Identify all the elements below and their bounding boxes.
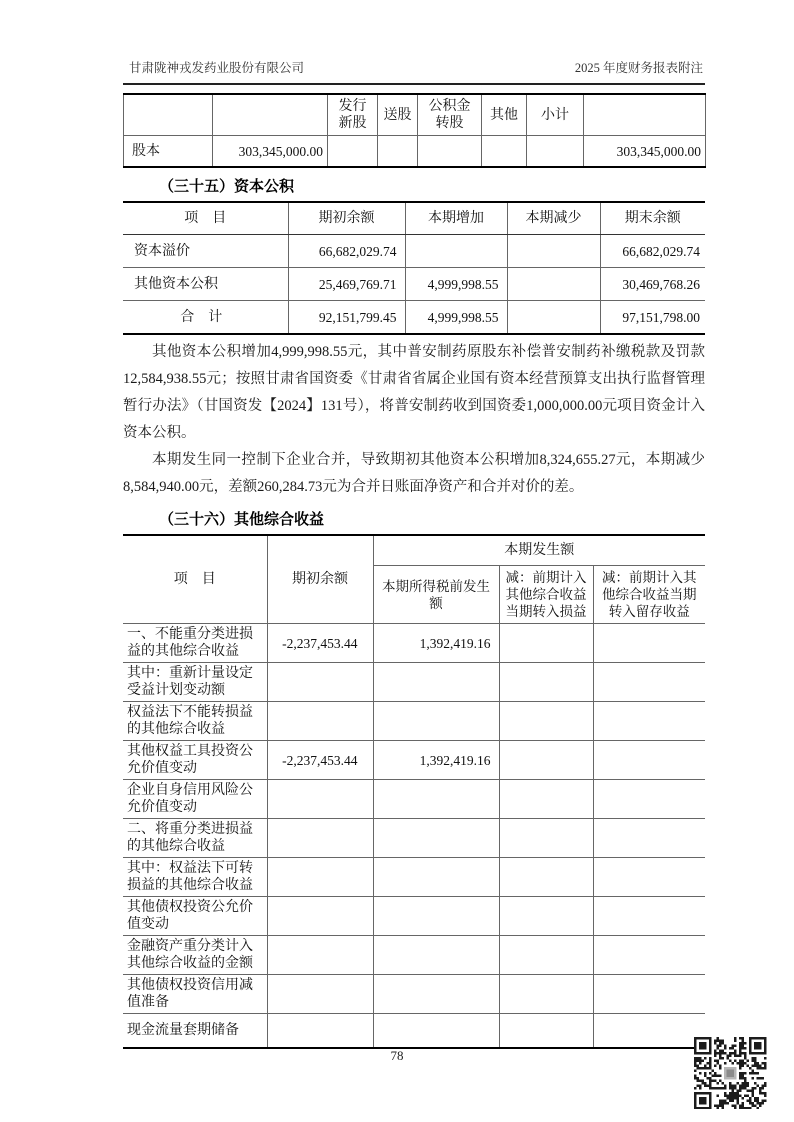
table-cell — [328, 136, 378, 168]
column-header: 本期减少 — [507, 202, 600, 235]
column-header: 期初余额 — [288, 202, 405, 235]
table-cell: 其中：权益法下可转损益的其他综合收益 — [123, 858, 267, 897]
column-header: 公积金转股 — [418, 94, 482, 136]
table-cell — [499, 741, 593, 780]
table-cell: -2,237,453.44 — [267, 741, 373, 780]
table-cell: 金融资产重分类计入其他综合收益的金额 — [123, 936, 267, 975]
column-header: 本期增加 — [405, 202, 507, 235]
table-cell — [593, 1014, 705, 1049]
table-cell — [267, 975, 373, 1014]
table-cell — [507, 301, 600, 335]
table-row: 企业自身信用风险公允价值变动 — [123, 780, 705, 819]
capital-reserve-table: 项 目期初余额本期增加本期减少期末余额 资本溢价66,682,029.7466,… — [123, 201, 705, 335]
table-cell — [593, 702, 705, 741]
table-cell: -2,237,453.44 — [267, 624, 373, 663]
table-cell: 企业自身信用风险公允价值变动 — [123, 780, 267, 819]
column-header: 减：前期计入其他综合收益当期转入留存收益 — [593, 566, 705, 624]
table-cell — [267, 663, 373, 702]
table-row: 其他债权投资公允价值变动 — [123, 897, 705, 936]
table-cell — [499, 936, 593, 975]
table-cell: 其他债权投资信用减值准备 — [123, 975, 267, 1014]
table-row: 资本溢价66,682,029.7466,682,029.74 — [123, 235, 705, 268]
table-cell — [373, 936, 499, 975]
table-cell: 4,999,998.55 — [405, 301, 507, 335]
table-cell — [267, 780, 373, 819]
table-cell: 其他资本公积 — [123, 268, 288, 301]
table-cell — [499, 780, 593, 819]
table-cell — [373, 1014, 499, 1049]
company-name: 甘肃陇神戎发药业股份有限公司 — [129, 58, 304, 76]
qr-code — [694, 1034, 767, 1112]
column-header: 送股 — [378, 94, 418, 136]
table-cell — [373, 897, 499, 936]
table-cell — [499, 819, 593, 858]
table-cell: 66,682,029.74 — [600, 235, 705, 268]
column-header: 期初余额 — [267, 535, 373, 624]
table-cell: 其他债权投资公允价值变动 — [123, 897, 267, 936]
table-cell: 其他权益工具投资公允价值变动 — [123, 741, 267, 780]
table-cell: 303,345,000.00 — [213, 136, 328, 168]
table-row: 其中：权益法下可转损益的其他综合收益 — [123, 858, 705, 897]
table-row: 一、不能重分类进损益的其他综合收益-2,237,453.441,392,419.… — [123, 624, 705, 663]
table-cell — [267, 819, 373, 858]
table-cell: 资本溢价 — [123, 235, 288, 268]
table-cell — [593, 780, 705, 819]
oci-table-head: 项 目 期初余额 本期发生额 本期所得税前发生额减：前期计入其他综合收益当期转入… — [123, 535, 705, 624]
table-cell — [267, 1014, 373, 1049]
table-cell — [499, 858, 593, 897]
table-row: 其他权益工具投资公允价值变动-2,237,453.441,392,419.16 — [123, 741, 705, 780]
table-cell — [267, 936, 373, 975]
capital-table-body: 资本溢价66,682,029.7466,682,029.74其他资本公积25,4… — [123, 235, 705, 335]
table-cell — [593, 624, 705, 663]
table-cell — [593, 936, 705, 975]
table-cell — [499, 897, 593, 936]
table-cell: 97,151,798.00 — [600, 301, 705, 335]
table-row: 其他债权投资信用减值准备 — [123, 975, 705, 1014]
page-content: 甘肃陇神戎发药业股份有限公司 2025 年度财务报表附注 发行新股送股公积金转股… — [0, 0, 794, 1049]
equity-table-body: 股本303,345,000.00303,345,000.00 — [124, 136, 706, 168]
column-header: 其他 — [482, 94, 527, 136]
table-row: 二、将重分类进损益的其他综合收益 — [123, 819, 705, 858]
table-row: 金融资产重分类计入其他综合收益的金额 — [123, 936, 705, 975]
table-cell: 权益法下不能转损益的其他综合收益 — [123, 702, 267, 741]
page-header: 甘肃陇神戎发药业股份有限公司 2025 年度财务报表附注 — [123, 58, 705, 85]
table-cell — [267, 897, 373, 936]
table-cell: 25,469,769.71 — [288, 268, 405, 301]
column-header: 项 目 — [123, 535, 267, 624]
table-cell — [593, 858, 705, 897]
table-cell — [378, 136, 418, 168]
table-cell — [373, 663, 499, 702]
report-title: 2025 年度财务报表附注 — [575, 58, 703, 76]
column-header — [124, 94, 213, 136]
table-cell — [593, 663, 705, 702]
table-cell — [593, 819, 705, 858]
table-row: 现金流量套期储备 — [123, 1014, 705, 1049]
table-cell — [499, 663, 593, 702]
table-cell — [267, 702, 373, 741]
table-cell: 股本 — [124, 136, 213, 168]
table-cell — [507, 235, 600, 268]
table-cell — [593, 741, 705, 780]
table-cell — [499, 702, 593, 741]
table-cell — [482, 136, 527, 168]
column-header: 项 目 — [123, 202, 288, 235]
table-cell: 1,392,419.16 — [373, 741, 499, 780]
table-cell — [418, 136, 482, 168]
capital-table-head: 项 目期初余额本期增加本期减少期末余额 — [123, 202, 705, 235]
table-cell: 92,151,799.45 — [288, 301, 405, 335]
table-cell: 66,682,029.74 — [288, 235, 405, 268]
table-cell — [593, 897, 705, 936]
capital-reserve-note-2: 本期发生同一控制下企业合并，导致期初其他资本公积增加8,324,655.27元，… — [123, 447, 705, 501]
section-title-35: （三十五）资本公积 — [123, 177, 705, 197]
column-group-header: 本期发生额 — [373, 535, 705, 566]
column-header: 小计 — [527, 94, 584, 136]
table-cell: 4,999,998.55 — [405, 268, 507, 301]
table-cell — [507, 268, 600, 301]
table-header-row: 发行新股送股公积金转股其他小计 — [124, 94, 706, 136]
section-title-36: （三十六）其他综合收益 — [123, 510, 705, 530]
table-cell: 30,469,768.26 — [600, 268, 705, 301]
table-cell: 现金流量套期储备 — [123, 1014, 267, 1049]
table-row: 其他资本公积25,469,769.714,999,998.5530,469,76… — [123, 268, 705, 301]
table-cell — [373, 702, 499, 741]
table-cell: 二、将重分类进损益的其他综合收益 — [123, 819, 267, 858]
column-header: 本期所得税前发生额 — [373, 566, 499, 624]
page-number: 78 — [0, 1048, 794, 1064]
table-row: 合 计92,151,799.454,999,998.5597,151,798.0… — [123, 301, 705, 335]
table-cell — [373, 975, 499, 1014]
column-header — [584, 94, 706, 136]
notes-paragraphs: 其他资本公积增加4,999,998.55元，其中普安制药原股东补偿普安制药补缴税… — [123, 339, 705, 501]
table-cell: 其中：重新计量设定受益计划变动额 — [123, 663, 267, 702]
capital-reserve-note-1: 其他资本公积增加4,999,998.55元，其中普安制药原股东补偿普安制药补缴税… — [123, 339, 705, 447]
table-cell: 合 计 — [123, 301, 288, 335]
table-header-row: 项 目期初余额本期增加本期减少期末余额 — [123, 202, 705, 235]
table-cell: 303,345,000.00 — [584, 136, 706, 168]
table-cell — [373, 819, 499, 858]
table-cell — [527, 136, 584, 168]
table-cell — [405, 235, 507, 268]
table-cell: 一、不能重分类进损益的其他综合收益 — [123, 624, 267, 663]
column-header: 发行新股 — [328, 94, 378, 136]
equity-table-head: 发行新股送股公积金转股其他小计 — [124, 94, 706, 136]
table-cell — [499, 624, 593, 663]
column-header: 减：前期计入其他综合收益当期转入损益 — [499, 566, 593, 624]
table-cell — [373, 858, 499, 897]
other-comprehensive-income-table: 项 目 期初余额 本期发生额 本期所得税前发生额减：前期计入其他综合收益当期转入… — [123, 534, 705, 1049]
table-row: 股本303,345,000.00303,345,000.00 — [124, 136, 706, 168]
table-row: 其中：重新计量设定受益计划变动额 — [123, 663, 705, 702]
table-cell — [499, 1014, 593, 1049]
table-cell — [267, 858, 373, 897]
column-header: 期末余额 — [600, 202, 705, 235]
table-cell — [593, 975, 705, 1014]
table-cell — [373, 780, 499, 819]
table-row: 权益法下不能转损益的其他综合收益 — [123, 702, 705, 741]
table-header-row: 项 目 期初余额 本期发生额 — [123, 535, 705, 566]
table-cell — [499, 975, 593, 1014]
report-page: 甘肃陇神戎发药业股份有限公司 2025 年度财务报表附注 发行新股送股公积金转股… — [0, 0, 794, 1122]
equity-change-table: 发行新股送股公积金转股其他小计 股本303,345,000.00303,345,… — [123, 93, 706, 168]
table-cell: 1,392,419.16 — [373, 624, 499, 663]
column-header — [213, 94, 328, 136]
oci-table-body: 一、不能重分类进损益的其他综合收益-2,237,453.441,392,419.… — [123, 624, 705, 1049]
